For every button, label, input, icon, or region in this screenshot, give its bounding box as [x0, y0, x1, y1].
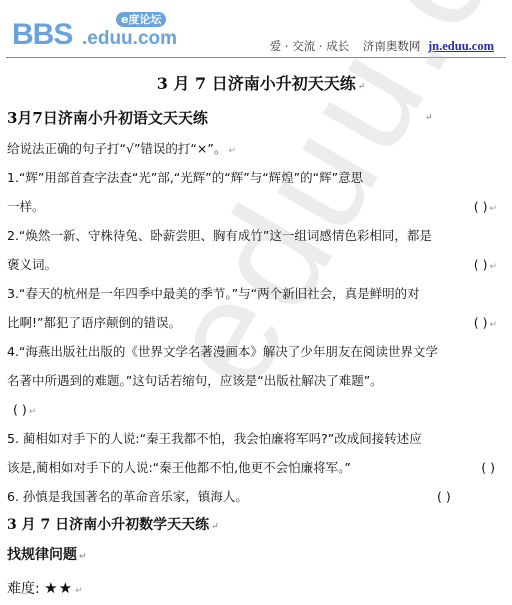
site-name: 济南奥数网	[363, 39, 421, 53]
paragraph-mark-icon: ↵	[425, 102, 433, 134]
difficulty-row: 难度: ★★↵	[7, 571, 505, 605]
question-4-line-2: 名著中所遇到的难题。”这句话若缩句，应该是“出版社解决了难题”。	[7, 366, 505, 395]
logo-domain-text: .eduu.com	[82, 29, 177, 49]
question-2-line-2: 褒义词。 ( )↵	[7, 250, 505, 279]
answer-blank[interactable]: ( )↵	[13, 402, 36, 417]
answer-blank[interactable]: ( )	[437, 482, 451, 511]
question-5-line-1: 5. 蔺相如对手下的人说:“秦王我都不怕，我会怕廉将军吗?”改成间接转述应	[7, 424, 505, 453]
star-rating-icon: ★★	[44, 579, 73, 597]
paragraph-mark-icon: ↵	[211, 522, 219, 532]
difficulty-label: 难度:	[7, 581, 40, 597]
logo-forum-badge: e度论坛	[116, 12, 166, 27]
question-2-line-1: 2.“焕然一新、守株待兔、卧薪尝胆、胸有成竹”这一组词感情色彩相同，都是	[7, 221, 505, 250]
paragraph-mark-icon: ↵	[79, 552, 87, 562]
question-6-line-1: 6. 孙慎是我国著名的革命音乐家，镇海人。 ( )	[7, 482, 505, 511]
answer-blank[interactable]: ( )↵	[474, 250, 497, 282]
chinese-section-heading: 3月7日济南小升初语文天天练 ↵	[7, 102, 505, 134]
header-tagline: 爱 · 交流 · 成长 济南奥数网 jn.eduu.com	[270, 38, 494, 54]
question-1-line-1: 1.“辉”用部首查字法查“光”部,“光辉”的“辉”与“辉煌”的“辉”意思	[7, 163, 505, 192]
site-logo[interactable]: BBS .eduu.com e度论坛	[12, 12, 182, 52]
paragraph-mark-icon: ↵	[75, 586, 83, 596]
answer-blank[interactable]: ( )	[481, 453, 495, 482]
page-title: 3 月 7 日济南小升初天天练↵	[17, 72, 505, 102]
header-divider	[6, 57, 506, 58]
math-section-heading: 3 月 7 日济南小升初数学天天练↵	[7, 511, 505, 539]
answer-blank[interactable]: ( )↵	[474, 192, 497, 224]
question-4-answer-line: ( )↵	[7, 395, 505, 424]
page-header: BBS .eduu.com e度论坛 爱 · 交流 · 成长 济南奥数网 jn.…	[0, 0, 512, 60]
paragraph-mark-icon: ↵	[358, 82, 366, 92]
site-link[interactable]: jn.eduu.com	[428, 39, 494, 53]
document-body: 3 月 7 日济南小升初天天练↵ 3月7日济南小升初语文天天练 ↵ 给说法正确的…	[7, 72, 505, 605]
math-subheading: 找规律问题↵	[7, 539, 505, 571]
question-4-line-1: 4.“海燕出版社出版的《世界文学名著漫画本》解决了少年朋友在阅读世界文学	[7, 337, 505, 366]
slogan: 爱 · 交流 · 成长	[270, 39, 349, 53]
instruction: 给说法正确的句子打“√”错误的打“×”。↵	[7, 134, 505, 163]
paragraph-mark-icon: ↵	[228, 146, 236, 156]
question-3-line-1: 3.“春天的杭州是一年四季中最美的季节。”与“两个新旧社会，真是鲜明的对	[7, 279, 505, 308]
logo-bbs-text: BBS	[12, 20, 72, 50]
question-3-line-2: 比啊!”都犯了语序颠倒的错误。 ( )↵	[7, 308, 505, 337]
answer-blank[interactable]: ( )↵	[474, 308, 497, 340]
question-1-line-2: 一样。 ( )↵	[7, 192, 505, 221]
question-5-line-2: 该是,蔺相如对手下的人说:“秦王他都不怕,他更不会怕廉将军。” ( )	[7, 453, 505, 482]
